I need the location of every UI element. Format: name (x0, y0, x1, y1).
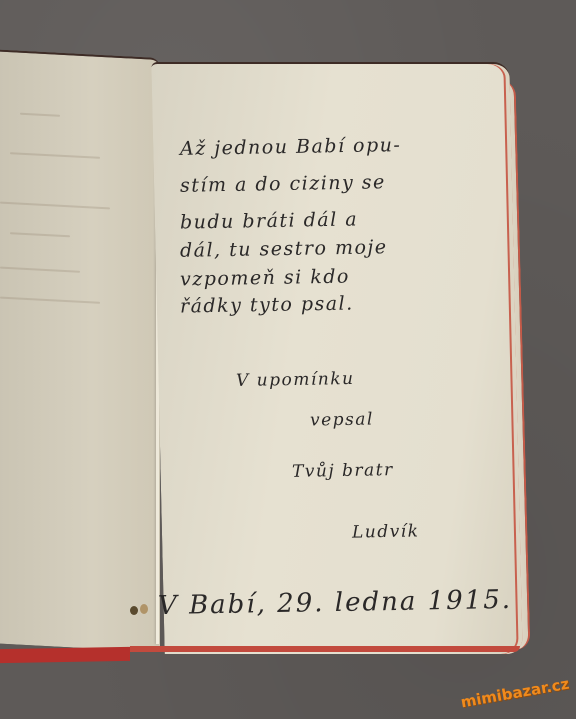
verse-line: vzpomeň si kdo (180, 266, 350, 291)
verse-line: stím a do ciziny se (180, 171, 386, 197)
closing-line: V upomínku (236, 369, 355, 391)
verse-line: Až jednou Babí opu- (180, 134, 402, 160)
verse-line: budu bráti dál a (180, 208, 358, 233)
closing-line: vepsal (310, 409, 374, 430)
ink-stain (130, 606, 138, 615)
ink-stain (140, 604, 148, 614)
verse-line: řádky tyto psal. (180, 292, 354, 317)
left-page (0, 49, 160, 652)
red-cover-edge (0, 647, 130, 663)
notebook-photo: Až jednou Babí opu- stím a do ciziny se … (0, 0, 576, 719)
date-line: V Babí, 29. ledna 1915. (158, 585, 513, 621)
red-cover-edge-right (130, 646, 520, 652)
signature: Ludvík (352, 521, 420, 542)
verse-line: dál, tu sestro moje (180, 236, 388, 262)
closing-line: Tvůj bratr (292, 460, 394, 482)
left-page-faint-text (0, 52, 150, 652)
